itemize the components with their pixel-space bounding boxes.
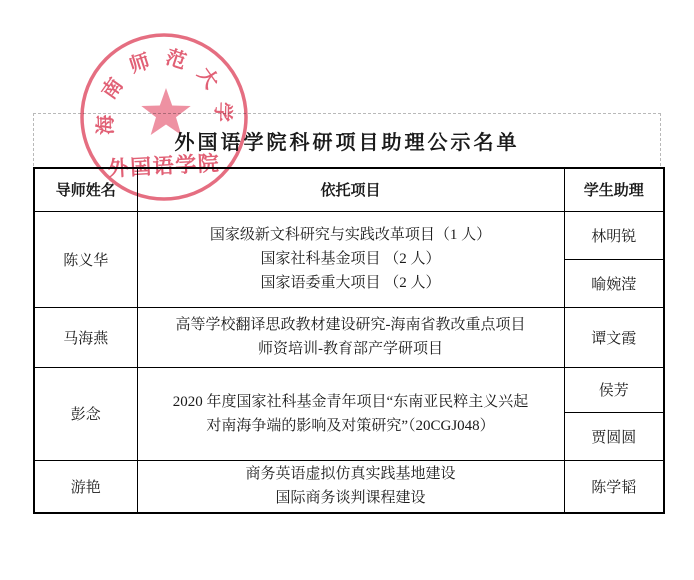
project-cell: 2020 年度国家社科基金青年项目“东南亚民粹主义兴起 对南海争端的影响及对策研… bbox=[137, 367, 564, 460]
project-line: 国家社科基金项目 （2 人） bbox=[140, 247, 562, 271]
project-line: 对南海争端的影响及对策研究”（20CGJ048） bbox=[140, 414, 562, 438]
project-line: 师资培训-教育部产学研项目 bbox=[140, 337, 562, 361]
student-cell: 林明锐 bbox=[564, 211, 664, 259]
student-cell: 谭文霞 bbox=[564, 307, 664, 367]
project-cell: 商务英语虚拟仿真实践基地建设 国际商务谈判课程建设 bbox=[137, 460, 564, 513]
mentor-cell: 陈义华 bbox=[34, 211, 137, 307]
project-line: 商务英语虚拟仿真实践基地建设 bbox=[140, 462, 562, 486]
project-line: 高等学校翻译思政教材建设研究-海南省教改重点项目 bbox=[140, 313, 562, 337]
table-row: 陈义华 国家级新文科研究与实践改革项目（1 人） 国家社科基金项目 （2 人） … bbox=[34, 211, 664, 259]
mentor-cell: 马海燕 bbox=[34, 307, 137, 367]
document-page: { "title": "外国语学院科研项目助理公示名单", "stamp": {… bbox=[0, 0, 694, 580]
student-cell: 喻婉滢 bbox=[564, 259, 664, 307]
student-cell: 侯芳 bbox=[564, 367, 664, 412]
header-cell-student: 学生助理 bbox=[564, 168, 664, 211]
title-frame: 外国语学院科研项目助理公示名单 bbox=[33, 113, 661, 166]
mentor-cell: 彭念 bbox=[34, 367, 137, 460]
header-cell-project: 依托项目 bbox=[137, 168, 564, 211]
table-row: 游艳 商务英语虚拟仿真实践基地建设 国际商务谈判课程建设 陈学韬 bbox=[34, 460, 664, 513]
project-line: 国家级新文科研究与实践改革项目（1 人） bbox=[140, 223, 562, 247]
project-cell: 国家级新文科研究与实践改革项目（1 人） 国家社科基金项目 （2 人） 国家语委… bbox=[137, 211, 564, 307]
project-line: 2020 年度国家社科基金青年项目“东南亚民粹主义兴起 bbox=[140, 390, 562, 414]
table-row: 彭念 2020 年度国家社科基金青年项目“东南亚民粹主义兴起 对南海争端的影响及… bbox=[34, 367, 664, 412]
mentor-cell: 游艳 bbox=[34, 460, 137, 513]
student-cell: 贾圆圆 bbox=[564, 412, 664, 460]
project-line: 国际商务谈判课程建设 bbox=[140, 486, 562, 510]
roster-table: 导师姓名 依托项目 学生助理 陈义华 国家级新文科研究与实践改革项目（1 人） … bbox=[33, 167, 665, 514]
project-cell: 高等学校翻译思政教材建设研究-海南省教改重点项目 师资培训-教育部产学研项目 bbox=[137, 307, 564, 367]
page-title: 外国语学院科研项目助理公示名单 bbox=[175, 126, 520, 155]
project-line: 国家语委重大项目 （2 人） bbox=[140, 271, 562, 295]
table-header-row: 导师姓名 依托项目 学生助理 bbox=[34, 168, 664, 211]
header-cell-mentor: 导师姓名 bbox=[34, 168, 137, 211]
table-row: 马海燕 高等学校翻译思政教材建设研究-海南省教改重点项目 师资培训-教育部产学研… bbox=[34, 307, 664, 367]
student-cell: 陈学韬 bbox=[564, 460, 664, 513]
